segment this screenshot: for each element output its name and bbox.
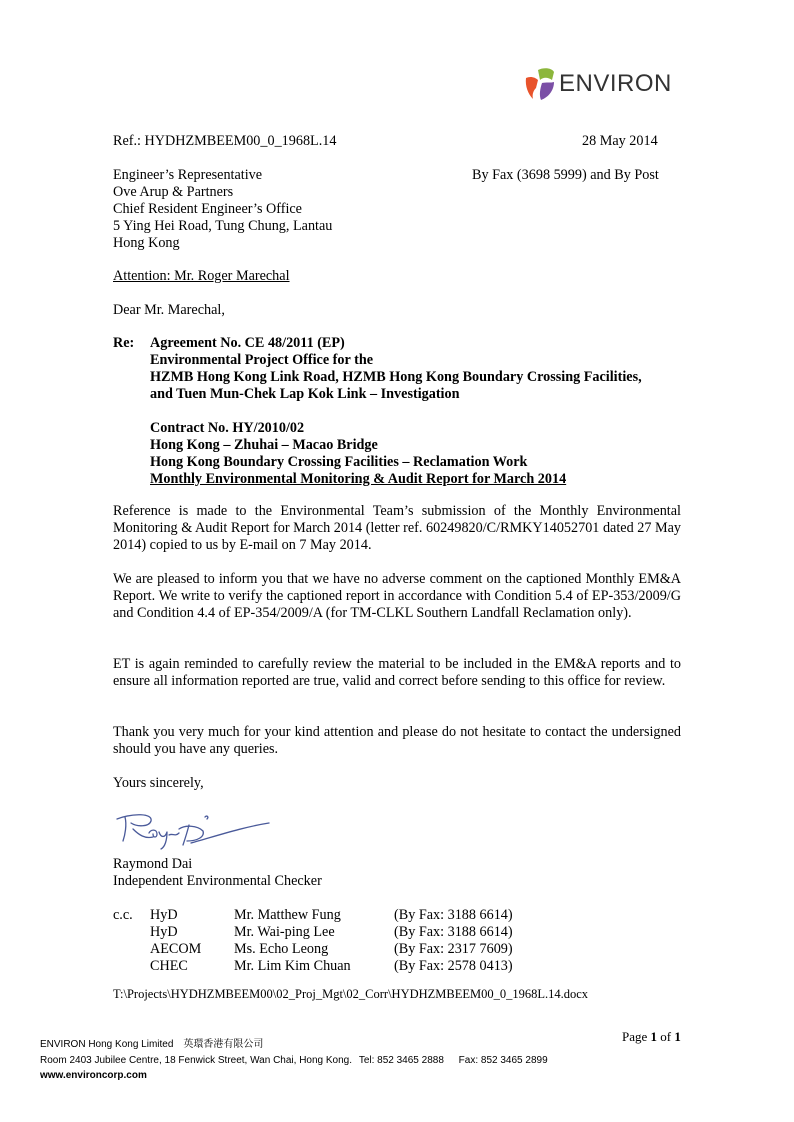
body-paragraph: We are pleased to inform you that we hav… bbox=[113, 571, 681, 622]
subject-report-title: Monthly Environmental Monitoring & Audit… bbox=[150, 471, 642, 488]
subject-line: Environmental Project Office for the bbox=[150, 352, 642, 369]
cc-label: c.c. bbox=[113, 907, 133, 924]
page-of: of bbox=[657, 1029, 674, 1044]
recipient-line: Chief Resident Engineer’s Office bbox=[113, 201, 332, 218]
subject-label: Re: bbox=[113, 335, 134, 352]
cc-org: CHEC bbox=[150, 958, 234, 975]
signer-title: Independent Environmental Checker bbox=[113, 873, 322, 890]
file-path: T:\Projects\HYDHZMBEEM00\02_Proj_Mgt\02_… bbox=[113, 986, 588, 1003]
recipient-line: Engineer’s Representative bbox=[113, 167, 332, 184]
footer-address: Room 2403 Jubilee Centre, 18 Fenwick Str… bbox=[40, 1054, 548, 1068]
footer-company-name-chinese: 英環香港有限公司 bbox=[183, 1039, 263, 1050]
cc-fax: (By Fax: 2578 0413) bbox=[394, 958, 513, 975]
recipient-line: Ove Arup & Partners bbox=[113, 184, 332, 201]
recipient-address: Engineer’s Representative Ove Arup & Par… bbox=[113, 167, 332, 252]
footer-address-text: Room 2403 Jubilee Centre, 18 Fenwick Str… bbox=[40, 1055, 352, 1066]
cc-org: AECOM bbox=[150, 941, 234, 958]
footer-fax: Fax: 852 3465 2899 bbox=[459, 1055, 548, 1066]
page-prefix: Page bbox=[622, 1029, 651, 1044]
signer-name: Raymond Dai bbox=[113, 856, 192, 873]
cc-row: HyD Mr. Matthew Fung (By Fax: 3188 6614) bbox=[150, 907, 513, 924]
attention-line: Attention: Mr. Roger Marechal bbox=[113, 268, 290, 285]
recipient-line: 5 Ying Hei Road, Tung Chung, Lantau bbox=[113, 218, 332, 235]
subject-line: Agreement No. CE 48/2011 (EP) bbox=[150, 335, 642, 352]
cc-org: HyD bbox=[150, 907, 234, 924]
footer-company-name: ENVIRON Hong Kong Limited bbox=[40, 1039, 173, 1050]
subject-block: Agreement No. CE 48/2011 (EP) Environmen… bbox=[150, 335, 642, 488]
cc-fax: (By Fax: 3188 6614) bbox=[394, 924, 513, 941]
cc-row: HyD Mr. Wai-ping Lee (By Fax: 3188 6614) bbox=[150, 924, 513, 941]
subject-line: HZMB Hong Kong Link Road, HZMB Hong Kong… bbox=[150, 369, 642, 386]
subject-line: Contract No. HY/2010/02 bbox=[150, 420, 642, 437]
cc-person: Mr. Lim Kim Chuan bbox=[234, 958, 394, 975]
page-total: 1 bbox=[674, 1029, 681, 1044]
closing: Yours sincerely, bbox=[113, 775, 204, 792]
cc-row: CHEC Mr. Lim Kim Chuan (By Fax: 2578 041… bbox=[150, 958, 513, 975]
subject-line: Hong Kong Boundary Crossing Facilities –… bbox=[150, 454, 642, 471]
cc-fax: (By Fax: 3188 6614) bbox=[394, 907, 513, 924]
letter-date: 28 May 2014 bbox=[582, 133, 658, 150]
cc-row: AECOM Ms. Echo Leong (By Fax: 2317 7609) bbox=[150, 941, 513, 958]
body-paragraph: Thank you very much for your kind attent… bbox=[113, 724, 681, 758]
subject-line: Hong Kong – Zhuhai – Macao Bridge bbox=[150, 437, 642, 454]
cc-person: Mr. Wai-ping Lee bbox=[234, 924, 394, 941]
spacer bbox=[150, 403, 642, 420]
subject-line: and Tuen Mun-Chek Lap Kok Link – Investi… bbox=[150, 386, 642, 403]
environ-logo-mark-icon bbox=[524, 66, 556, 102]
body-paragraph: Reference is made to the Environmental T… bbox=[113, 503, 681, 554]
signature-image bbox=[113, 805, 273, 850]
cc-list: HyD Mr. Matthew Fung (By Fax: 3188 6614)… bbox=[150, 907, 513, 975]
cc-person: Mr. Matthew Fung bbox=[234, 907, 394, 924]
page-number: Page 1 of 1 bbox=[622, 1028, 681, 1045]
cc-fax: (By Fax: 2317 7609) bbox=[394, 941, 513, 958]
footer-company: ENVIRON Hong Kong Limited英環香港有限公司 bbox=[40, 1038, 263, 1052]
cc-person: Ms. Echo Leong bbox=[234, 941, 394, 958]
environ-logo: ENVIRON bbox=[524, 66, 674, 102]
footer-website-link[interactable]: www.environcorp.com bbox=[40, 1069, 147, 1083]
salutation: Dear Mr. Marechal, bbox=[113, 302, 225, 319]
delivery-method: By Fax (3698 5999) and By Post bbox=[472, 167, 659, 184]
body-paragraph: ET is again reminded to carefully review… bbox=[113, 656, 681, 690]
reference-number: Ref.: HYDHZMBEEM00_0_1968L.14 bbox=[113, 133, 336, 150]
cc-org: HyD bbox=[150, 924, 234, 941]
environ-logo-text: ENVIRON bbox=[559, 70, 672, 98]
recipient-line: Hong Kong bbox=[113, 235, 332, 252]
footer-tel: Tel: 852 3465 2888 bbox=[359, 1055, 444, 1066]
